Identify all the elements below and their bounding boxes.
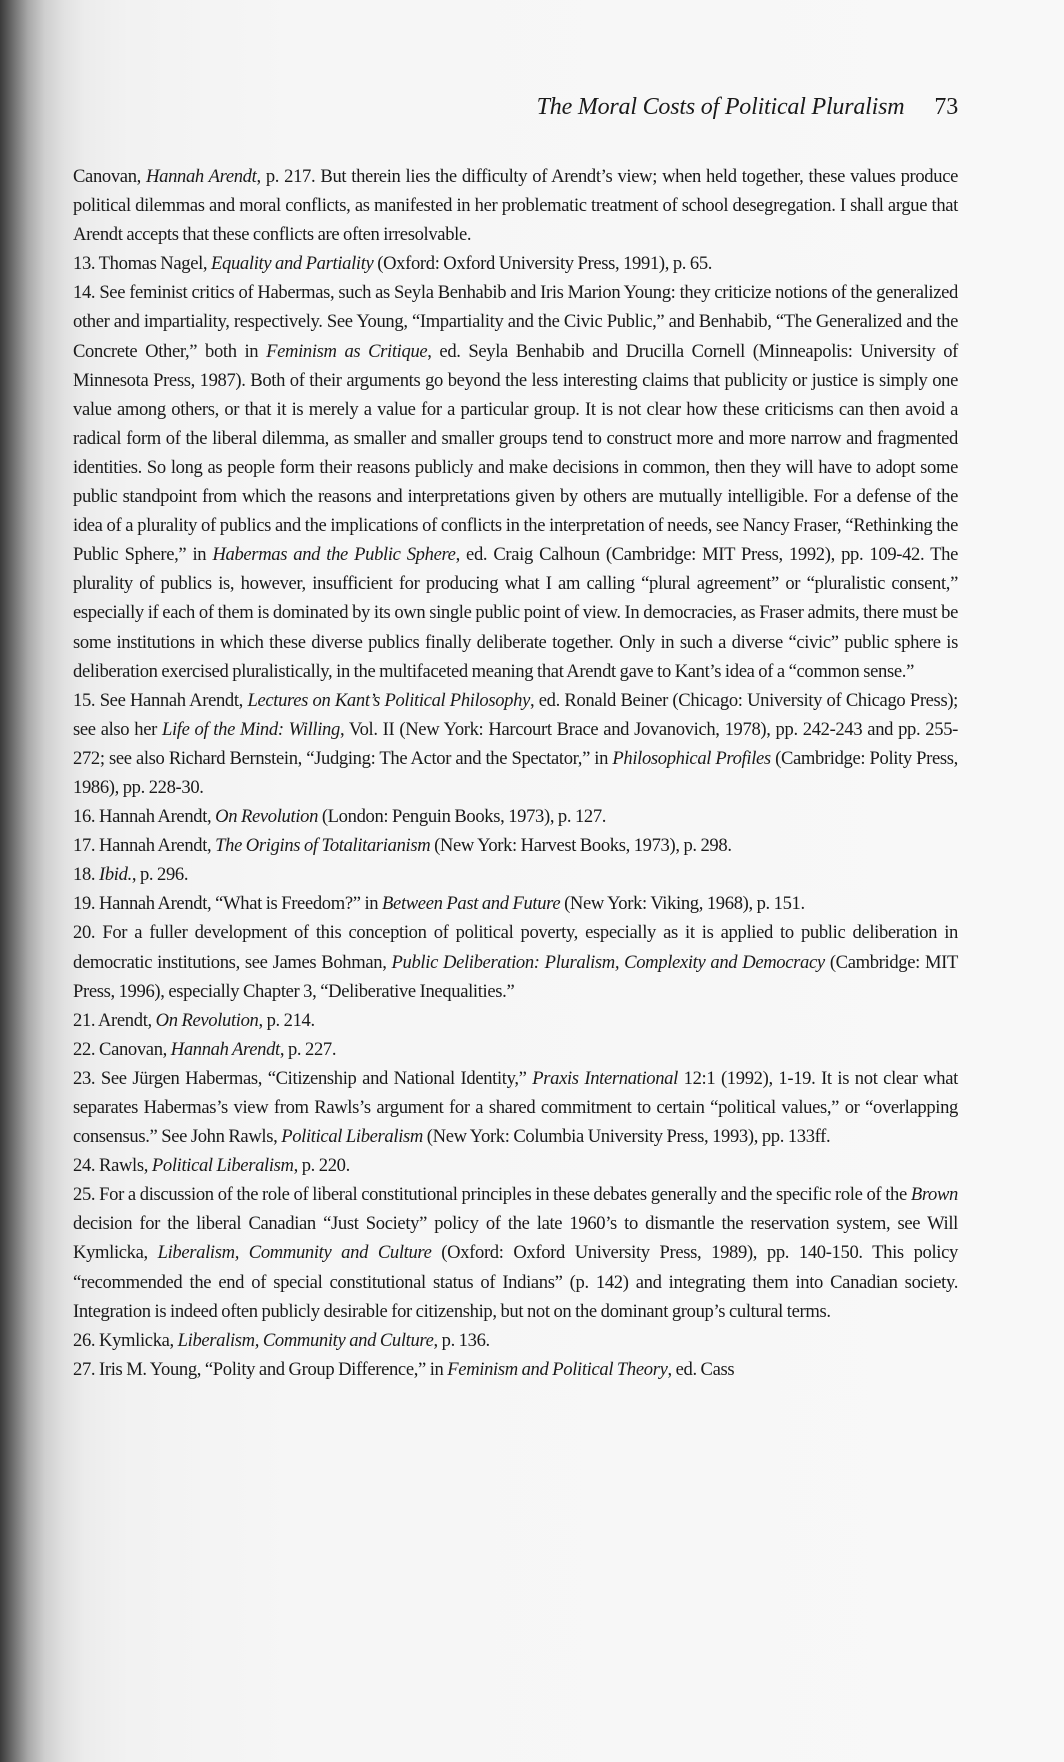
italic-title: Hannah Arendt bbox=[146, 166, 256, 187]
note-number: 17. bbox=[73, 835, 95, 856]
italic-title: The Origins of Totalitarianism bbox=[215, 835, 430, 856]
note-number: 20. bbox=[73, 922, 95, 943]
endnote-continued: Canovan, Hannah Arendt, p. 217. But ther… bbox=[73, 162, 958, 249]
note-text: Iris M. Young, “Polity and Group Differe… bbox=[99, 1359, 734, 1380]
endnote-22: 22. Canovan, Hannah Arendt, p. 227. bbox=[73, 1035, 958, 1064]
note-text: Thomas Nagel, Equality and Partiality (O… bbox=[99, 253, 712, 274]
note-text: Arendt, On Revolution, p. 214. bbox=[98, 1010, 315, 1031]
italic-title: Liberalism, Community and Culture bbox=[178, 1330, 434, 1351]
note-number: 14. bbox=[73, 282, 95, 303]
italic-title: Life of the Mind: Willing bbox=[162, 719, 340, 740]
endnote-26: 26. Kymlicka, Liberalism, Community and … bbox=[73, 1326, 958, 1355]
note-number: 16. bbox=[73, 806, 95, 827]
endnote-17: 17. Hannah Arendt, The Origins of Totali… bbox=[73, 831, 958, 860]
italic-title: Habermas and the Public Sphere bbox=[212, 544, 455, 565]
note-text: Hannah Arendt, On Revolution (London: Pe… bbox=[99, 806, 606, 827]
note-text: Kymlicka, Liberalism, Community and Cult… bbox=[99, 1330, 490, 1351]
note-text: See Hannah Arendt, Lectures on Kant’s Po… bbox=[73, 690, 958, 798]
endnote-14: 14. See feminist critics of Habermas, su… bbox=[73, 278, 958, 685]
endnotes: Canovan, Hannah Arendt, p. 217. But ther… bbox=[73, 162, 958, 1384]
endnote-16: 16. Hannah Arendt, On Revolution (London… bbox=[73, 802, 958, 831]
page-number: 73 bbox=[934, 94, 958, 120]
note-text: Hannah Arendt, The Origins of Totalitari… bbox=[99, 835, 732, 856]
note-text: Hannah Arendt, “What is Freedom?” in Bet… bbox=[99, 893, 805, 914]
note-number: 19. bbox=[73, 893, 95, 914]
note-text: Rawls, Political Liberalism, p. 220. bbox=[99, 1155, 350, 1176]
endnote-18: 18. Ibid., p. 296. bbox=[73, 860, 958, 889]
endnote-25: 25. For a discussion of the role of libe… bbox=[73, 1180, 958, 1325]
italic-title: Equality and Partiality bbox=[211, 253, 373, 274]
endnote-21: 21. Arendt, On Revolution, p. 214. bbox=[73, 1006, 958, 1035]
running-head: The Moral Costs of Political Pluralism73 bbox=[537, 94, 958, 121]
endnote-23: 23. See Jürgen Habermas, “Citizenship an… bbox=[73, 1064, 958, 1151]
note-text: See Jürgen Habermas, “Citizenship and Na… bbox=[73, 1068, 958, 1147]
italic-title: Praxis International bbox=[532, 1068, 678, 1089]
note-number: 22. bbox=[73, 1039, 95, 1060]
note-text: See feminist critics of Habermas, such a… bbox=[73, 282, 958, 681]
italic-title: Feminism as Critique bbox=[266, 341, 427, 362]
italic-title: On Revolution bbox=[215, 806, 318, 827]
italic-title: Brown bbox=[911, 1184, 958, 1205]
note-number: 27. bbox=[73, 1359, 95, 1380]
note-number: 18. bbox=[73, 864, 95, 885]
note-number: 26. bbox=[73, 1330, 95, 1351]
italic-title: Philosophical Profiles bbox=[612, 748, 770, 769]
note-text: For a discussion of the role of liberal … bbox=[73, 1184, 958, 1321]
endnote-20: 20. For a fuller development of this con… bbox=[73, 918, 958, 1005]
note-number: 21. bbox=[73, 1010, 95, 1031]
note-text: Canovan, Hannah Arendt, p. 217. But ther… bbox=[73, 166, 958, 245]
endnote-15: 15. See Hannah Arendt, Lectures on Kant’… bbox=[73, 686, 958, 802]
endnote-27: 27. Iris M. Young, “Polity and Group Dif… bbox=[73, 1355, 958, 1384]
note-number: 23. bbox=[73, 1068, 95, 1089]
note-number: 13. bbox=[73, 253, 95, 274]
italic-title: On Revolution bbox=[156, 1010, 259, 1031]
italic-title: Between Past and Future bbox=[382, 893, 560, 914]
italic-title: Hannah Arendt bbox=[171, 1039, 280, 1060]
note-text: For a fuller development of this concept… bbox=[73, 922, 958, 1001]
italic-title: Political Liberalism bbox=[281, 1126, 423, 1147]
note-text: Ibid., p. 296. bbox=[99, 864, 188, 885]
note-text: Canovan, Hannah Arendt, p. 227. bbox=[99, 1039, 336, 1060]
note-number: 24. bbox=[73, 1155, 95, 1176]
italic-title: Public Deliberation: Pluralism, Complexi… bbox=[392, 952, 825, 973]
italic-title: Ibid. bbox=[99, 864, 132, 885]
running-title: The Moral Costs of Political Pluralism bbox=[537, 94, 905, 120]
italic-title: Lectures on Kant’s Political Philosophy bbox=[247, 690, 530, 711]
note-number: 15. bbox=[73, 690, 95, 711]
italic-title: Liberalism, Community and Culture bbox=[158, 1242, 432, 1263]
endnote-19: 19. Hannah Arendt, “What is Freedom?” in… bbox=[73, 889, 958, 918]
italic-title: Feminism and Political Theory bbox=[447, 1359, 667, 1380]
endnote-24: 24. Rawls, Political Liberalism, p. 220. bbox=[73, 1151, 958, 1180]
note-number: 25. bbox=[73, 1184, 95, 1205]
italic-title: Political Liberalism bbox=[152, 1155, 294, 1176]
endnote-13: 13. Thomas Nagel, Equality and Partialit… bbox=[73, 249, 958, 278]
